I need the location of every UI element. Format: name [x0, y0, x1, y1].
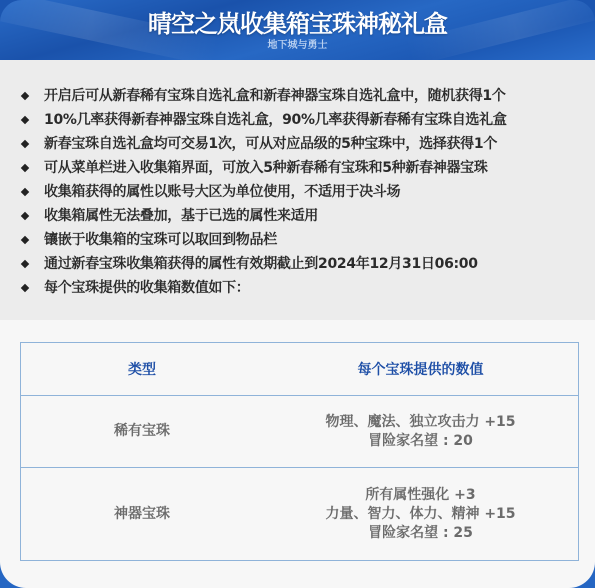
table-row: 神器宝珠 所有属性强化 +3 力量、智力、体力、精神 +15 冒险家名望 : 2…: [21, 468, 579, 561]
note-text: 每个宝珠提供的收集箱数值如下：: [44, 280, 250, 296]
diamond-bullet-icon: [21, 140, 29, 148]
page-title: 晴空之岚收集箱宝珠神秘礼盒: [0, 11, 595, 37]
note-text: 可从菜单栏进入收集箱界面，可放入5种新春稀有宝珠和5种新春神器宝珠: [44, 160, 488, 176]
note-item: 10%几率获得新春神器宝珠自选礼盒，90%几率获得新春稀有宝珠自选礼盒: [22, 108, 507, 132]
note-text: 收集箱属性无法叠加，基于已选的属性来适用: [44, 208, 318, 224]
gem-values-table-wrapper: 类型 每个宝珠提供的数值 稀有宝珠 物理、魔法、独立攻击力 +15 冒险家名望 …: [20, 342, 579, 561]
table-header-row: 类型 每个宝珠提供的数值: [21, 343, 579, 396]
gem-value-line: 冒险家名望 : 20: [264, 432, 577, 451]
gem-value-cell: 物理、魔法、独立攻击力 +15 冒险家名望 : 20: [263, 396, 579, 468]
content-panel: 开启后可从新春稀有宝珠自选礼盒和新春神器宝珠自选礼盒中，随机获得1个 10%几率…: [0, 60, 595, 588]
note-item: 镶嵌于收集箱的宝珠可以取回到物品栏: [22, 228, 507, 252]
notes-section: 开启后可从新春稀有宝珠自选礼盒和新春神器宝珠自选礼盒中，随机获得1个 10%几率…: [0, 60, 595, 320]
note-item: 可从菜单栏进入收集箱界面，可放入5种新春稀有宝珠和5种新春神器宝珠: [22, 156, 507, 180]
diamond-bullet-icon: [21, 92, 29, 100]
page-subtitle: 地下城与勇士: [0, 40, 595, 52]
diamond-bullet-icon: [21, 284, 29, 292]
note-text: 开启后可从新春稀有宝珠自选礼盒和新春神器宝珠自选礼盒中，随机获得1个: [44, 88, 506, 104]
diamond-bullet-icon: [21, 188, 29, 196]
gem-type-cell: 神器宝珠: [21, 468, 264, 561]
note-item: 通过新春宝珠收集箱获得的属性有效期截止到2024年12月31日06:00: [22, 252, 507, 276]
note-item: 开启后可从新春稀有宝珠自选礼盒和新春神器宝珠自选礼盒中，随机获得1个: [22, 84, 507, 108]
gem-value-line: 所有属性强化 +3: [264, 486, 577, 505]
diamond-bullet-icon: [21, 212, 29, 220]
column-header-type: 类型: [21, 343, 264, 396]
gem-type-cell: 稀有宝珠: [21, 396, 264, 468]
diamond-bullet-icon: [21, 236, 29, 244]
diamond-bullet-icon: [21, 260, 29, 268]
gem-value-line: 冒险家名望 : 25: [264, 524, 577, 543]
header-banner: 晴空之岚收集箱宝珠神秘礼盒 地下城与勇士: [0, 0, 595, 60]
gem-values-table: 类型 每个宝珠提供的数值 稀有宝珠 物理、魔法、独立攻击力 +15 冒险家名望 …: [20, 342, 579, 561]
note-text: 镶嵌于收集箱的宝珠可以取回到物品栏: [44, 232, 277, 248]
diamond-bullet-icon: [21, 116, 29, 124]
gem-value-cell: 所有属性强化 +3 力量、智力、体力、精神 +15 冒险家名望 : 25: [263, 468, 579, 561]
table-row: 稀有宝珠 物理、魔法、独立攻击力 +15 冒险家名望 : 20: [21, 396, 579, 468]
note-text: 收集箱获得的属性以账号大区为单位使用，不适用于决斗场: [44, 184, 400, 200]
diamond-bullet-icon: [21, 164, 29, 172]
note-item: 收集箱属性无法叠加，基于已选的属性来适用: [22, 204, 507, 228]
note-item: 新春宝珠自选礼盒均可交易1次，可从对应品级的5种宝珠中，选择获得1个: [22, 132, 507, 156]
note-text: 10%几率获得新春神器宝珠自选礼盒，90%几率获得新春稀有宝珠自选礼盒: [44, 112, 507, 128]
gem-value-line: 力量、智力、体力、精神 +15: [264, 505, 577, 524]
column-header-value: 每个宝珠提供的数值: [263, 343, 579, 396]
gem-value-line: 物理、魔法、独立攻击力 +15: [264, 413, 577, 432]
note-text: 新春宝珠自选礼盒均可交易1次，可从对应品级的5种宝珠中，选择获得1个: [44, 136, 497, 152]
note-item: 每个宝珠提供的收集箱数值如下：: [22, 276, 507, 300]
page-frame: 晴空之岚收集箱宝珠神秘礼盒 地下城与勇士 开启后可从新春稀有宝珠自选礼盒和新春神…: [0, 0, 595, 588]
note-text: 通过新春宝珠收集箱获得的属性有效期截止到2024年12月31日06:00: [44, 256, 478, 272]
note-item: 收集箱获得的属性以账号大区为单位使用，不适用于决斗场: [22, 180, 507, 204]
notes-list: 开启后可从新春稀有宝珠自选礼盒和新春神器宝珠自选礼盒中，随机获得1个 10%几率…: [22, 84, 507, 300]
